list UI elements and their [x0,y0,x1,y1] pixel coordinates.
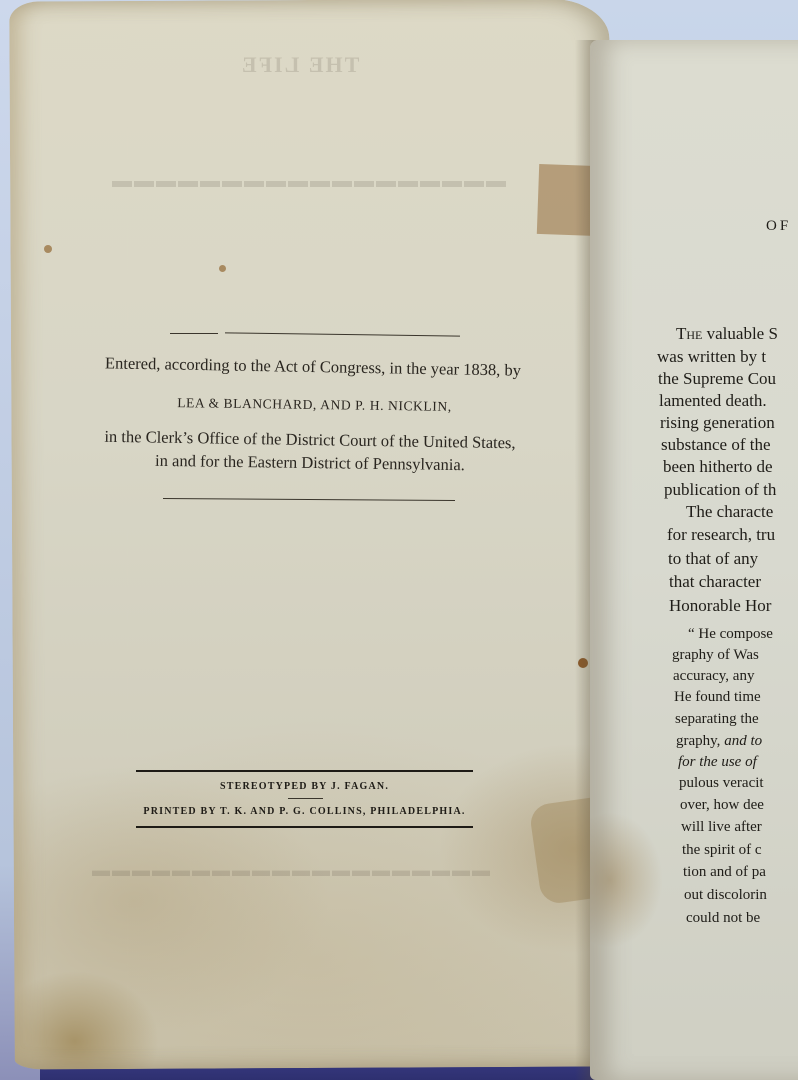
quote-line: for the use of [678,754,757,771]
preface-first-word: The [676,324,702,343]
quote-line: tion and of pa [683,864,766,881]
quote-line: separating the [675,711,759,728]
stereotyped-by: STEREOTYPED BY J. FAGAN. [136,781,473,792]
preface-line: the Supreme Cou [658,369,776,389]
right-page-heading: OF [766,218,791,235]
quote-line: accuracy, any [673,668,754,685]
divider-short [170,333,218,334]
preface-line: The characte [686,502,773,522]
quote-line: out discolorin [684,887,767,904]
quote-line: graphy, and to [676,733,762,750]
preface-line: Honorable Hor [669,596,771,616]
imprint-rule-bottom [136,826,473,828]
foxing-spot [44,245,52,253]
preface-line: to that of any [668,549,758,569]
preface-line: publication of th [664,480,776,500]
preface-line: The valuable S [676,324,778,344]
bleed-through-line: ▬▬▬▬▬▬▬▬▬▬▬▬▬▬▬▬▬▬▬▬ [90,860,490,881]
preface-line: that character [669,572,761,592]
printed-by: PRINTED BY T. K. AND P. G. COLLINS, PHIL… [132,806,477,817]
preface-line: rising generation [660,413,775,433]
quote-line: could not be [686,910,760,927]
quote-line: the spirit of c [682,842,762,859]
imprint-rule-top [136,770,473,772]
preface-line: substance of the [661,435,771,455]
bleed-through-line: ▬▬▬▬▬▬▬▬▬▬▬▬▬▬▬▬▬▬ [110,170,506,193]
quote-line: “ He compose [688,626,773,643]
preface-line: for research, tru [667,525,775,545]
quote-line: will live after [681,819,762,836]
quote-line: over, how dee [680,797,764,814]
quote-line: He found time [674,689,761,706]
imprint-rule-short [288,798,323,799]
quote-line: graphy of Was [672,647,759,664]
bleed-through-title: THE LIFE [240,52,359,78]
quote-line: pulous veracit [679,775,764,792]
preface-line: lamented death. [659,391,767,411]
preface-line: was written by t [657,347,766,367]
preface-line: been hitherto de [663,457,773,477]
foxing-spot [219,265,226,272]
left-page [9,0,615,1070]
